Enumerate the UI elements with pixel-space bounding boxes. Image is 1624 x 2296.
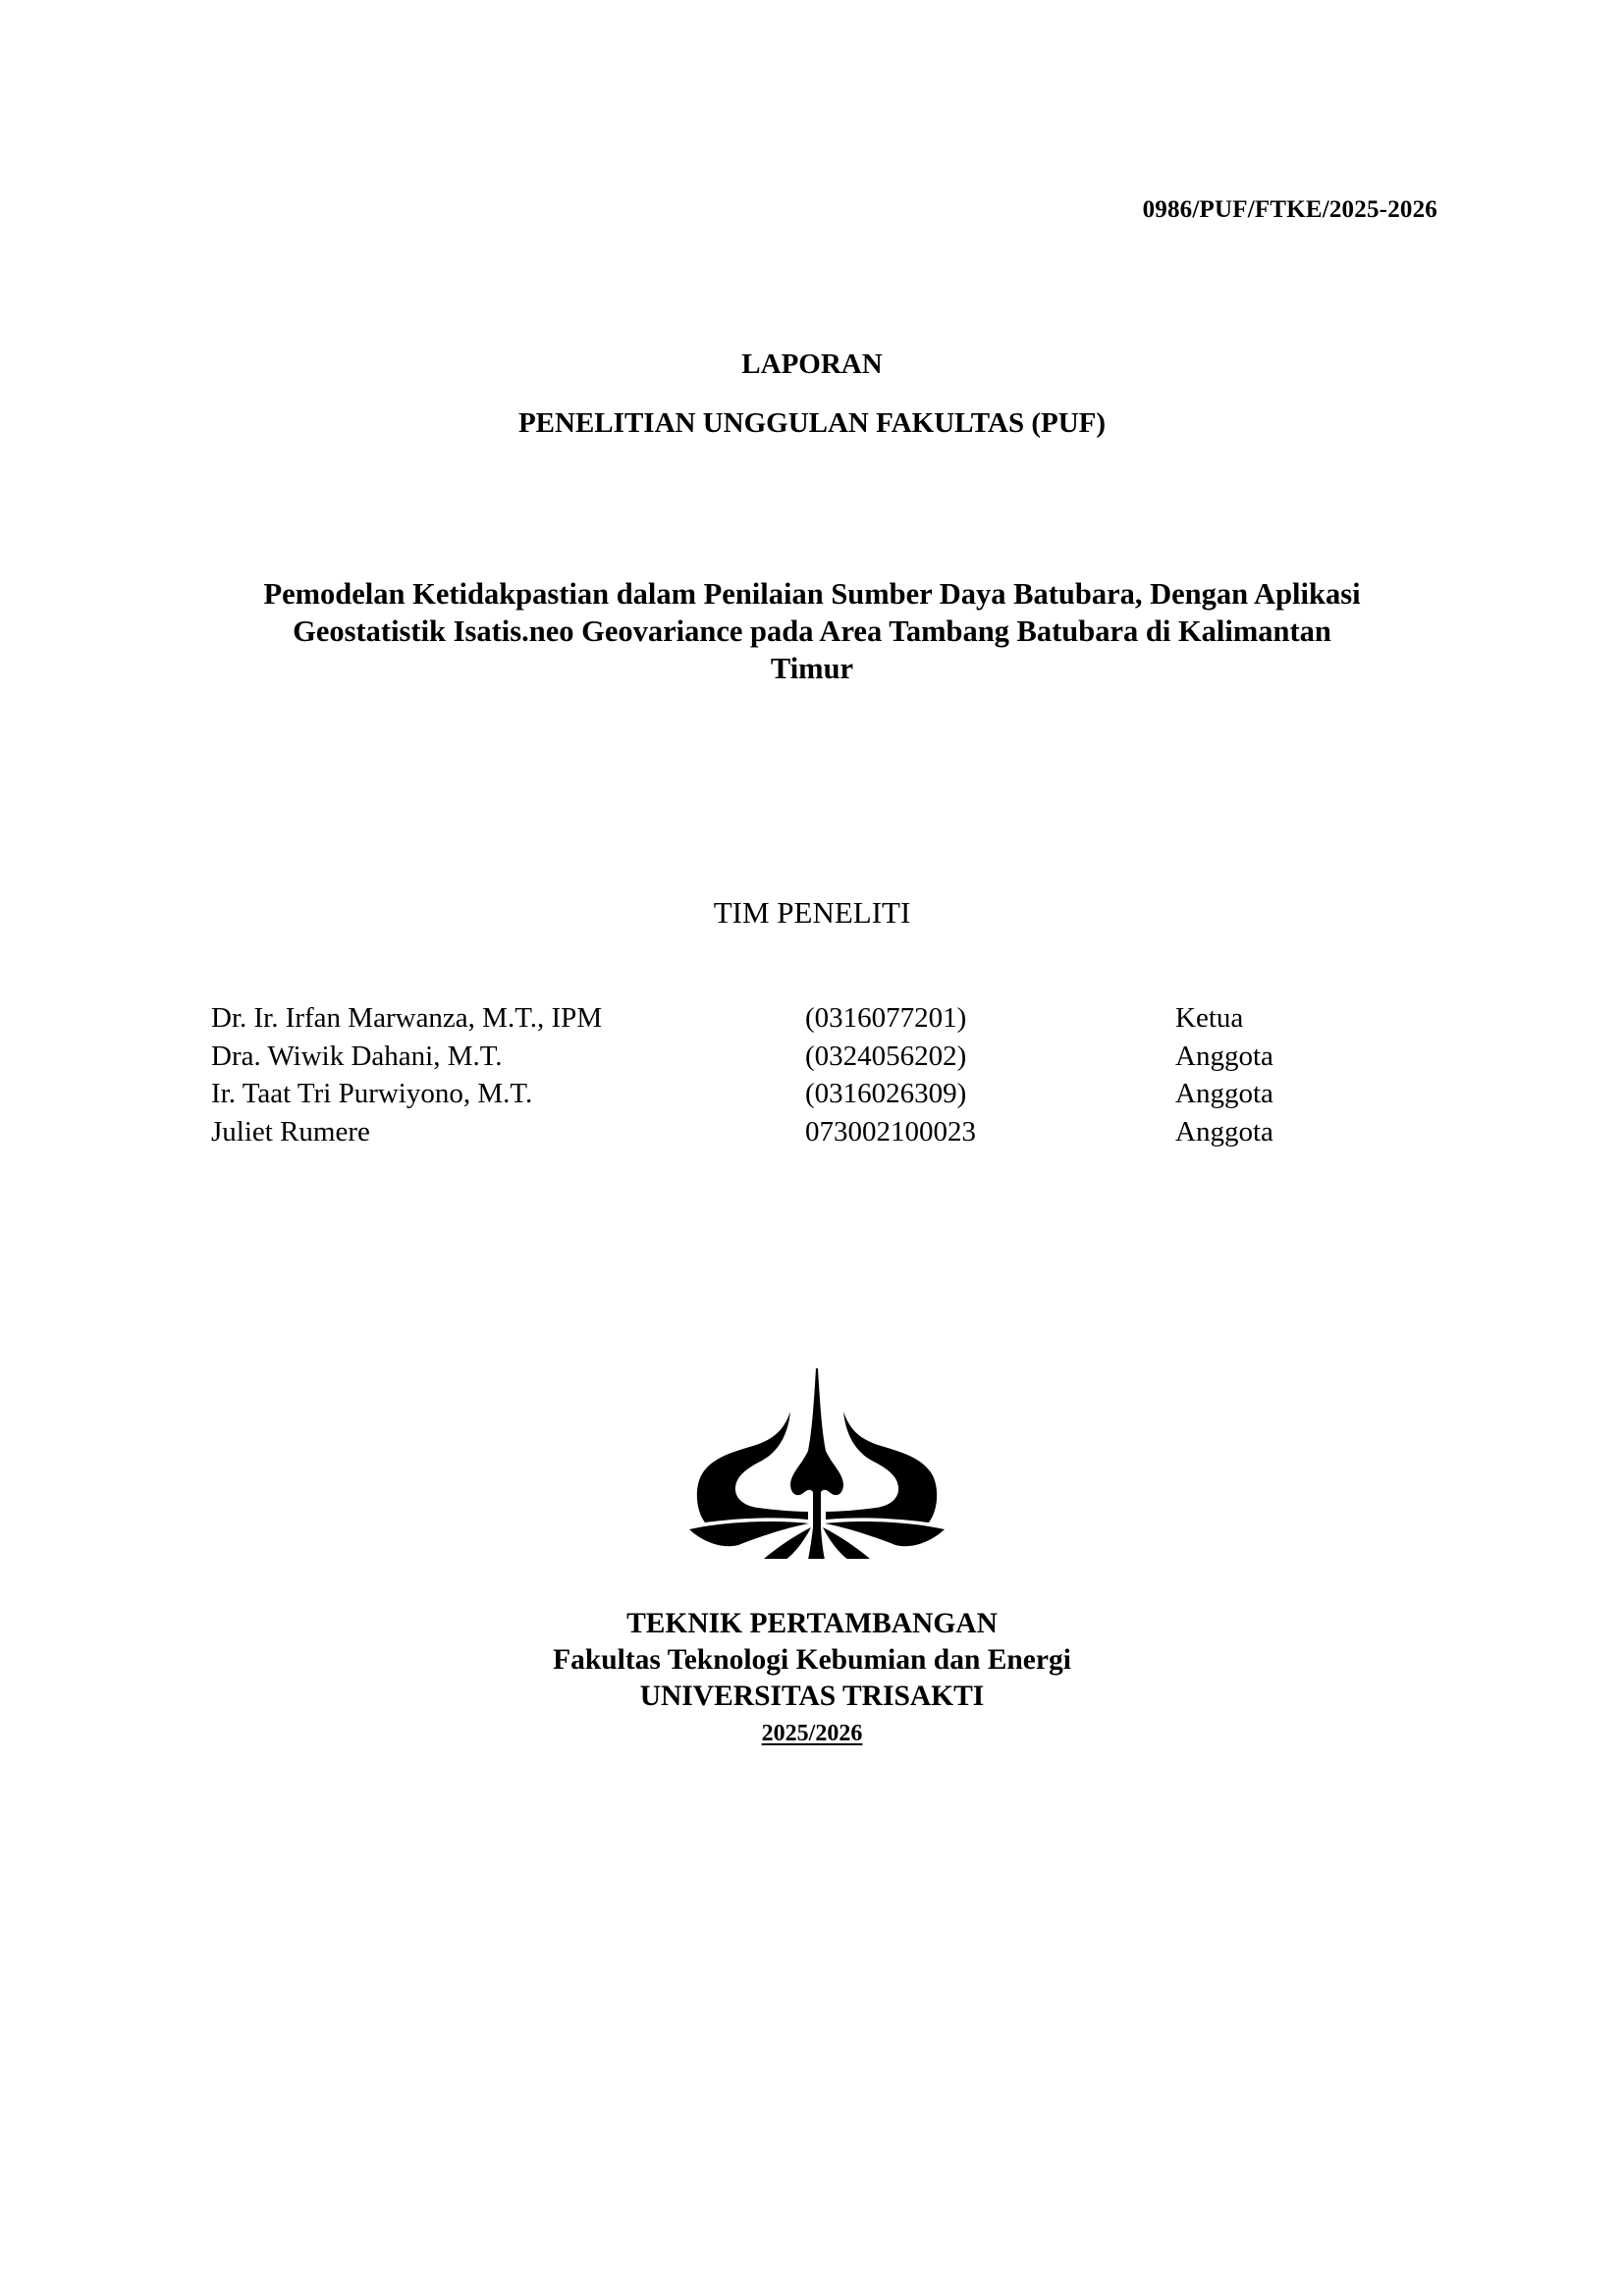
footer-year: 2025/2026 — [0, 1721, 1624, 1747]
member-id: (0316026309) — [805, 1075, 966, 1113]
member-role: Ketua — [1175, 999, 1243, 1038]
footer-university: UNIVERSITAS TRISAKTI — [0, 1681, 1624, 1713]
report-program: PENELITIAN UNGGULAN FAKULTAS (PUF) — [0, 407, 1624, 440]
member-id: (0324056202) — [805, 1038, 966, 1076]
team-table: Dr. Ir. Irfan Marwanza, M.T., IPM (03160… — [211, 999, 1340, 1150]
report-label: LAPORAN — [0, 348, 1624, 381]
research-title: Pemodelan Ketidakpastian dalam Penilaian… — [196, 575, 1428, 687]
member-name: Juliet Rumere — [211, 1113, 370, 1151]
team-row: Dra. Wiwik Dahani, M.T. (0324056202) Ang… — [211, 1038, 1340, 1076]
university-logo-icon — [679, 1362, 954, 1559]
member-role: Anggota — [1175, 1113, 1273, 1151]
team-heading: TIM PENELITI — [0, 895, 1624, 931]
member-id: 073002100023 — [805, 1113, 976, 1151]
member-name: Dr. Ir. Irfan Marwanza, M.T., IPM — [211, 999, 602, 1038]
team-row: Juliet Rumere 073002100023 Anggota — [211, 1113, 1340, 1151]
team-row: Ir. Taat Tri Purwiyono, M.T. (0316026309… — [211, 1075, 1340, 1113]
document-number: 0986/PUF/FTKE/2025-2026 — [1143, 196, 1437, 224]
team-row: Dr. Ir. Irfan Marwanza, M.T., IPM (03160… — [211, 999, 1340, 1038]
member-role: Anggota — [1175, 1038, 1273, 1076]
member-name: Dra. Wiwik Dahani, M.T. — [211, 1038, 503, 1076]
member-name: Ir. Taat Tri Purwiyono, M.T. — [211, 1075, 532, 1113]
footer-faculty: Fakultas Teknologi Kebumian dan Energi — [0, 1644, 1624, 1677]
footer-department: TEKNIK PERTAMBANGAN — [0, 1608, 1624, 1640]
member-id: (0316077201) — [805, 999, 966, 1038]
member-role: Anggota — [1175, 1075, 1273, 1113]
